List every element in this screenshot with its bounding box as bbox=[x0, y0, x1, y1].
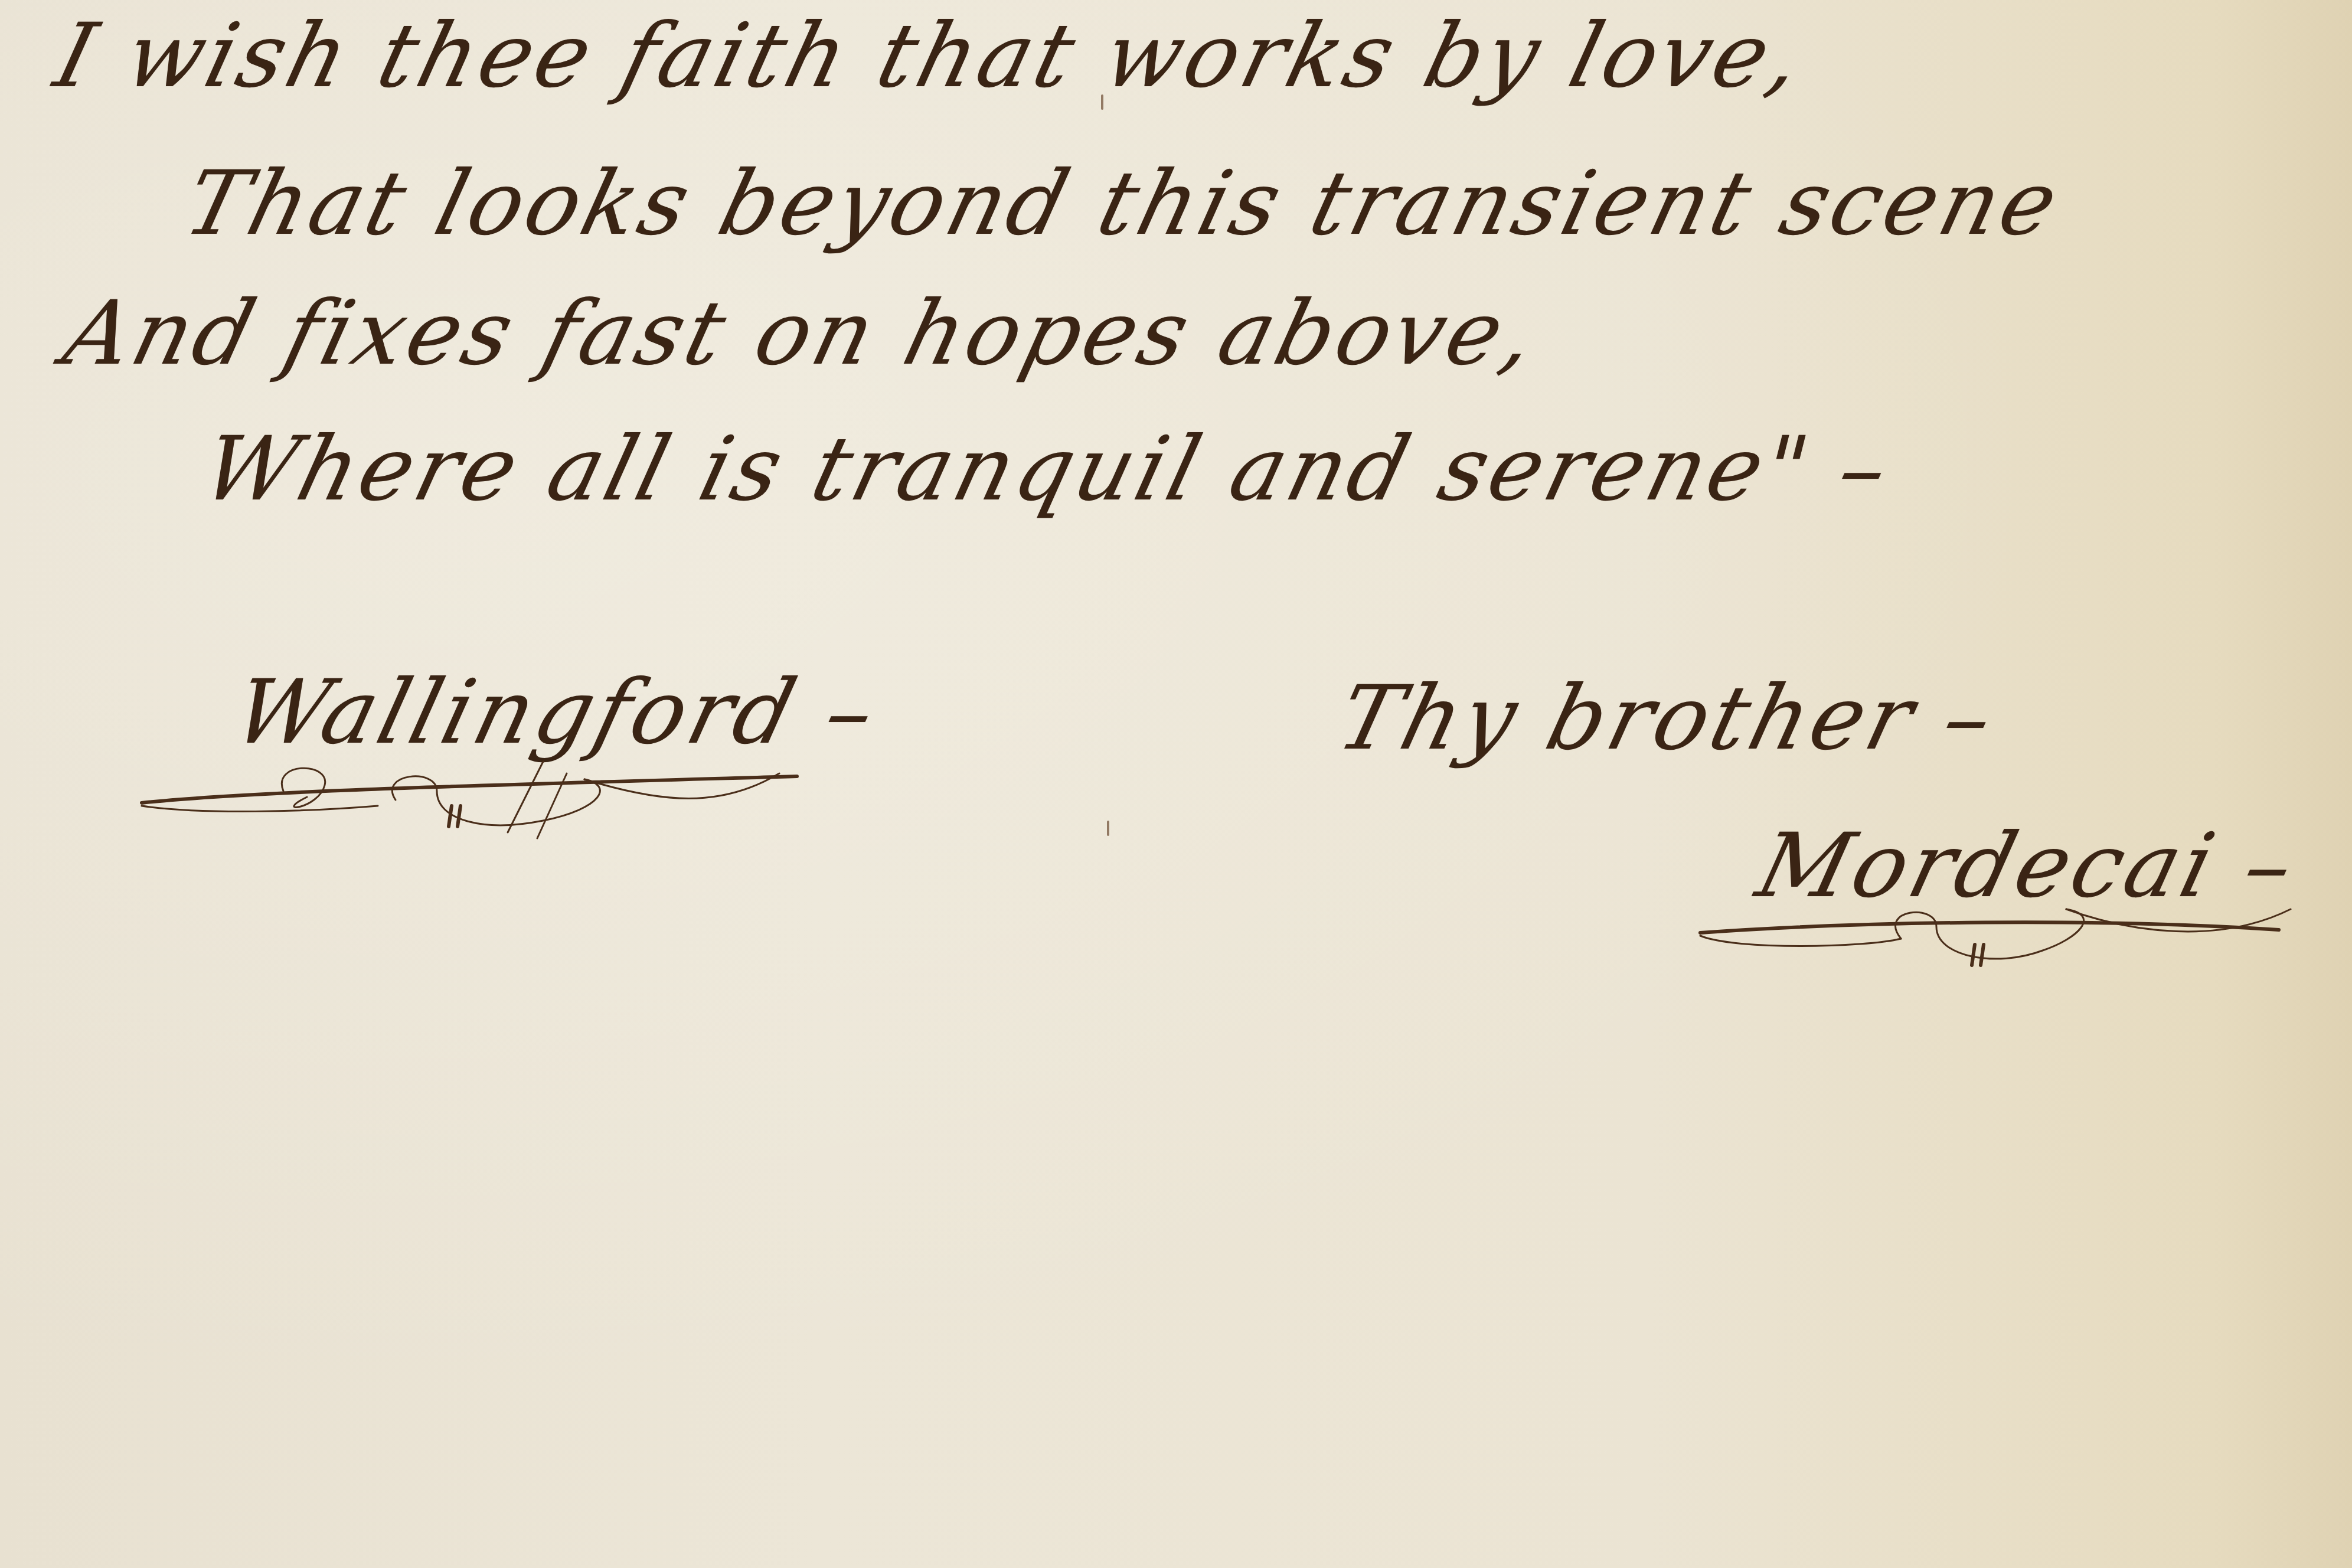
ink-fleck bbox=[1107, 821, 1109, 836]
signature: Mordecai – bbox=[1747, 815, 2307, 917]
place-underline-flourish bbox=[130, 750, 838, 844]
verse-line-2: That looks beyond this transient scene bbox=[177, 159, 2069, 248]
verse-line-1: I wish thee faith that works by love, bbox=[47, 12, 1814, 100]
verse-line-4: Where all is tranquil and serene" – bbox=[195, 425, 1900, 514]
ink-fleck bbox=[1101, 94, 1103, 110]
verse-line-3: And fixes fast on hopes above, bbox=[56, 289, 1547, 378]
closing-salutation: Thy brother – bbox=[1328, 667, 2007, 770]
manuscript-page: I wish thee faith that works by love, Th… bbox=[0, 0, 2352, 1568]
place-name: Wallingford – bbox=[224, 661, 888, 764]
